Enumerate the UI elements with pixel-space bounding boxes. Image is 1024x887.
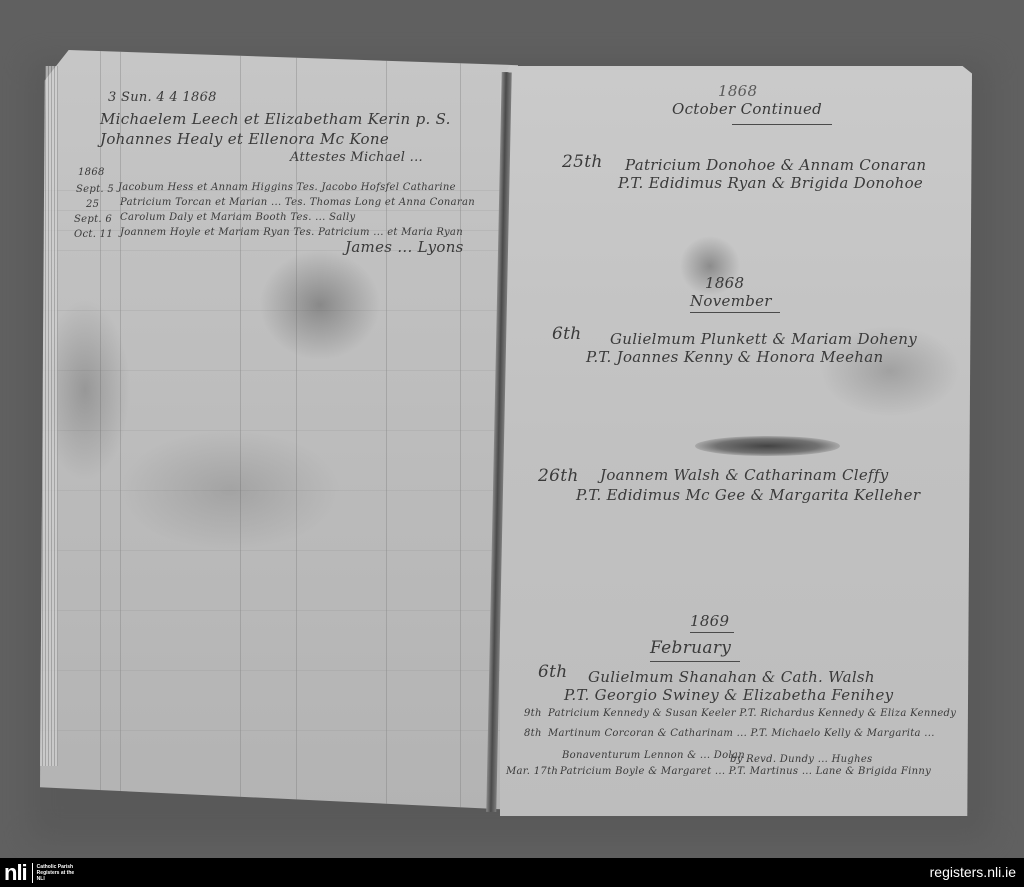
signature: James ... Lyons: [345, 238, 464, 256]
entry-line: Bonaventurum Lennon & ... Dolan: [562, 750, 745, 761]
entry-day: Mar. 17th: [506, 766, 558, 777]
site-link[interactable]: registers.nli.ie: [930, 864, 1016, 880]
entry-day: 25th: [562, 152, 603, 172]
entry-line: P.T. Edidimus Ryan & Brigida Donohoe: [618, 174, 923, 192]
section-year: 1869: [690, 612, 729, 630]
header-line: Attestes Michael ...: [290, 150, 423, 165]
entry-line: P.T. Georgio Swiney & Elizabetha Fenihey: [564, 686, 893, 704]
left-page: 3 Sun. 4 4 1868 Michaelem Leech et Eliza…: [40, 50, 518, 810]
entry-day: 9th: [524, 708, 542, 719]
entry-line: Joannem Walsh & Catharinam Cleffy: [600, 466, 889, 484]
entry-line: Martinum Corcoran & Catharinam ... P.T. …: [548, 728, 935, 739]
entry-line: Patricium Boyle & Margaret ... P.T. Mart…: [560, 766, 931, 777]
entry-day: 8th: [524, 728, 542, 739]
entry-line: P.T. Joannes Kenny & Honora Meehan: [586, 348, 883, 366]
year-margin: 1868: [78, 167, 105, 178]
section-month: October Continued: [672, 100, 822, 118]
register-image-viewer[interactable]: 3 Sun. 4 4 1868 Michaelem Leech et Eliza…: [0, 0, 1024, 858]
entry-text: Jacobum Hess et Annam Higgins Tes. Jacob…: [118, 182, 456, 193]
section-month: February: [650, 638, 731, 658]
entry-line: Gulielmum Plunkett & Mariam Doheny: [610, 330, 917, 348]
entry-date: Sept. 5: [76, 184, 114, 195]
entry-day: 6th: [552, 324, 582, 344]
entry-text: Patricium Torcan et Marian ... Tes. Thom…: [120, 197, 475, 208]
entry-day: 26th: [538, 466, 579, 486]
logo-divider: [32, 863, 33, 883]
entry-text: Carolum Daly et Mariam Booth Tes. ... Sa…: [120, 212, 355, 223]
right-page: 1868 October Continued 25th Patricium Do…: [500, 66, 972, 816]
entry-line: Patricium Donohoe & Annam Conaran: [625, 156, 926, 174]
section-year: 1868: [718, 82, 757, 100]
entry-date: Sept. 6: [74, 214, 112, 225]
logo-text: Catholic Parish Registers at the NLI: [37, 864, 77, 882]
entry-date: Oct. 11: [74, 229, 113, 240]
entry-line: P.T. Edidimus Mc Gee & Margarita Kellehe…: [576, 486, 920, 504]
header-line: Michaelem Leech et Elizabetham Kerin p. …: [100, 110, 451, 128]
nli-logo-mark: nli: [4, 861, 27, 884]
entry-note: by Revd. Dundy ... Hughes: [730, 754, 872, 765]
section-year: 1868: [705, 274, 744, 292]
entry-day: 6th: [538, 662, 568, 682]
header-line: 3 Sun. 4 4 1868: [108, 90, 217, 105]
entry-line: Patricium Kennedy & Susan Keeler P.T. Ri…: [548, 708, 956, 719]
footer-bar: nli Catholic Parish Registers at the NLI…: [0, 858, 1024, 887]
header-line: Johannes Healy et Ellenora Mc Kone: [100, 130, 389, 148]
section-month: November: [690, 292, 772, 310]
entry-date: 25: [86, 199, 99, 210]
nli-logo[interactable]: nli Catholic Parish Registers at the NLI: [4, 861, 77, 884]
entry-line: Gulielmum Shanahan & Cath. Walsh: [588, 668, 875, 686]
ink-smudge: [695, 436, 840, 456]
entry-text: Joannem Hoyle et Mariam Ryan Tes. Patric…: [120, 227, 463, 238]
